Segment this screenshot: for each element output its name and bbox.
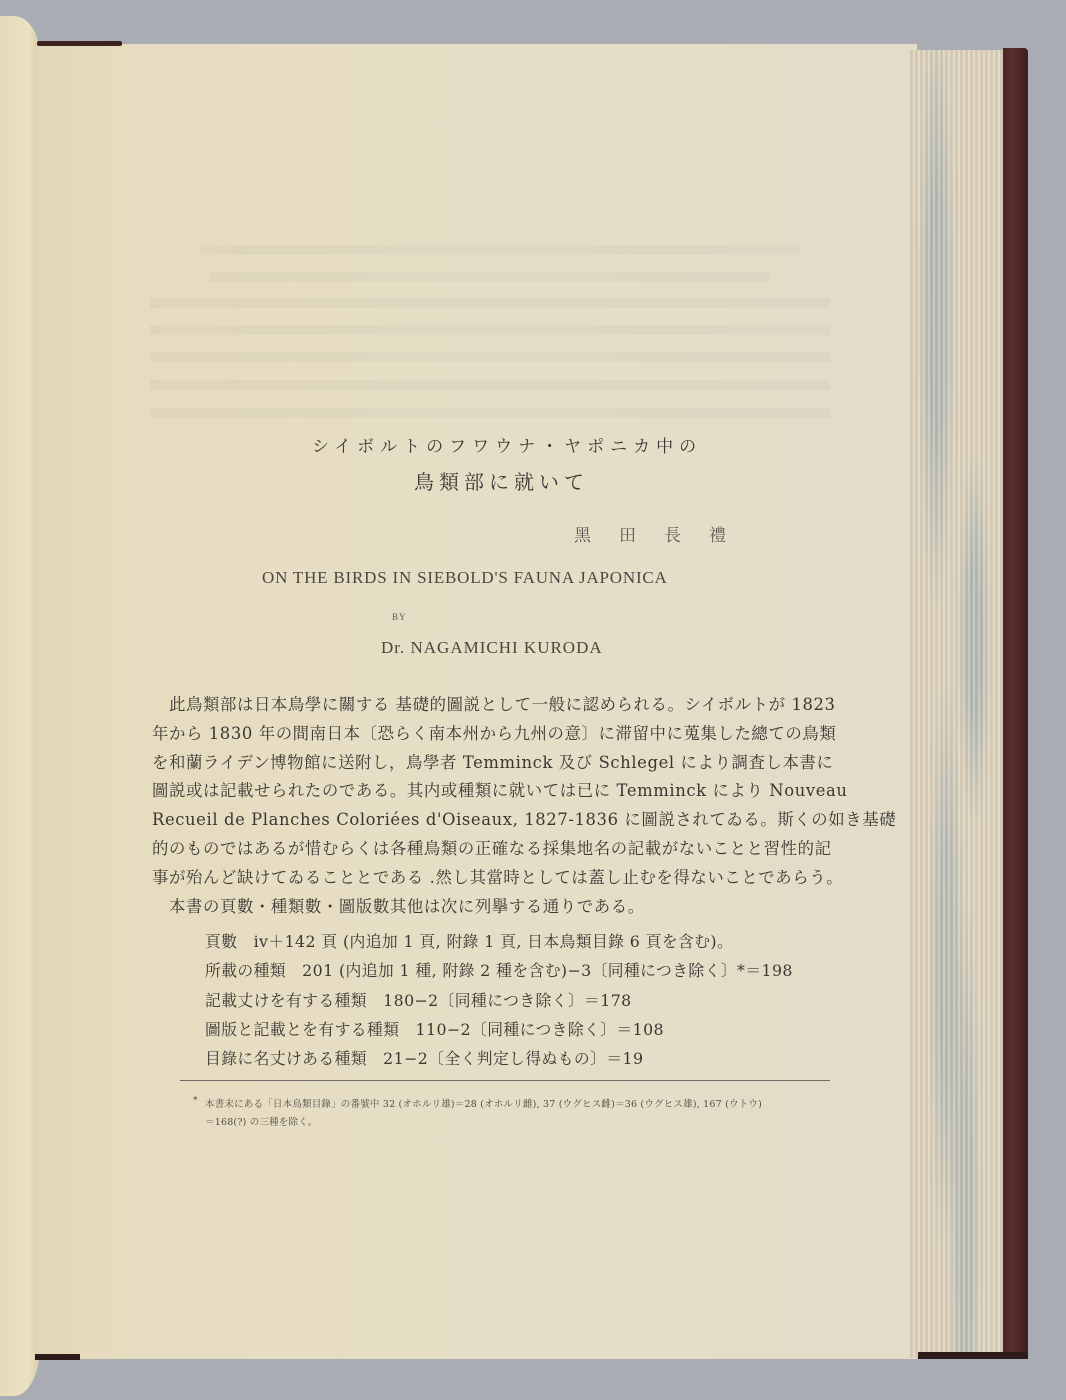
- byline-label: BY: [392, 612, 407, 622]
- body-text-line: 的のものではあるが惜むらくは各種鳥類の正確なる採集地名の記載がないことと習性的記: [152, 835, 832, 859]
- body-text-line: を和蘭ライデン博物館に送附し，鳥學者 Temminck 及び Schlegel …: [152, 749, 833, 773]
- title-japanese-line2: 鳥類部に就いて: [414, 466, 589, 495]
- body-text-line: 事が殆んど缺けてゐることとである .然し其當時としては蓋し止むを得ないことであら…: [152, 864, 843, 888]
- title-japanese-line1: シイボルトのフワウナ・ヤポニカ中の: [312, 432, 702, 457]
- body-text-line: 圖説或は記載せられたのである。其内或種類に就いては已に Temminck により…: [152, 777, 848, 801]
- body-text-line: Recueil de Planches Coloriées d'Oiseaux,…: [152, 806, 896, 830]
- page-text: シイボルトのフワウナ・ヤポニカ中の 鳥類部に就いて 黑田長禮 ON THE BI…: [0, 0, 1066, 1400]
- author-english: Dr. NAGAMICHI KURODA: [381, 638, 603, 658]
- stats-line-name-only: 目錄に名丈けある種類 21−2〔全く判定し得ぬもの〕＝19: [205, 1046, 643, 1069]
- stats-line-plates-and-description: 圖版と記載とを有する種類 110−2〔同種につき除く〕＝108: [205, 1017, 664, 1040]
- footnote-marker: *: [193, 1096, 198, 1106]
- body-text-line: 此鳥類部は日本鳥學に關する 基礎的圖説として一般に認められる。シイボルトが 18…: [152, 691, 836, 715]
- title-english: ON THE BIRDS IN SIEBOLD'S FAUNA JAPONICA: [262, 568, 668, 588]
- stats-line-species-listed: 所載の種類 201 (内追加 1 種, 附錄 2 種を含む)−3〔同種につき除く…: [205, 958, 793, 981]
- stats-line-pages: 頁數 iv＋142 頁 (内追加 1 頁, 附錄 1 頁, 日本鳥類目錄 6 頁…: [205, 929, 733, 952]
- author-japanese: 黑田長禮: [574, 521, 754, 546]
- footnote-line1: 本書末にある「日本鳥類目錄」の番號中 32 (オホルリ雄)＝28 (オホルリ雌)…: [205, 1096, 762, 1110]
- footnote-line2: ＝168(?) の三種を除く。: [205, 1114, 317, 1128]
- stats-line-description-only: 記載丈けを有する種類 180−2〔同種につき除く〕＝178: [205, 988, 632, 1011]
- body-text-line: 年から 1830 年の間南日本〔恐らく南本州から九州の意〕に滞留中に蒐集した總て…: [152, 720, 836, 744]
- body-text-line: 本書の頁數・種類數・圖版數其他は次に列擧する通りである。: [152, 893, 645, 917]
- footnote-divider: [180, 1080, 830, 1081]
